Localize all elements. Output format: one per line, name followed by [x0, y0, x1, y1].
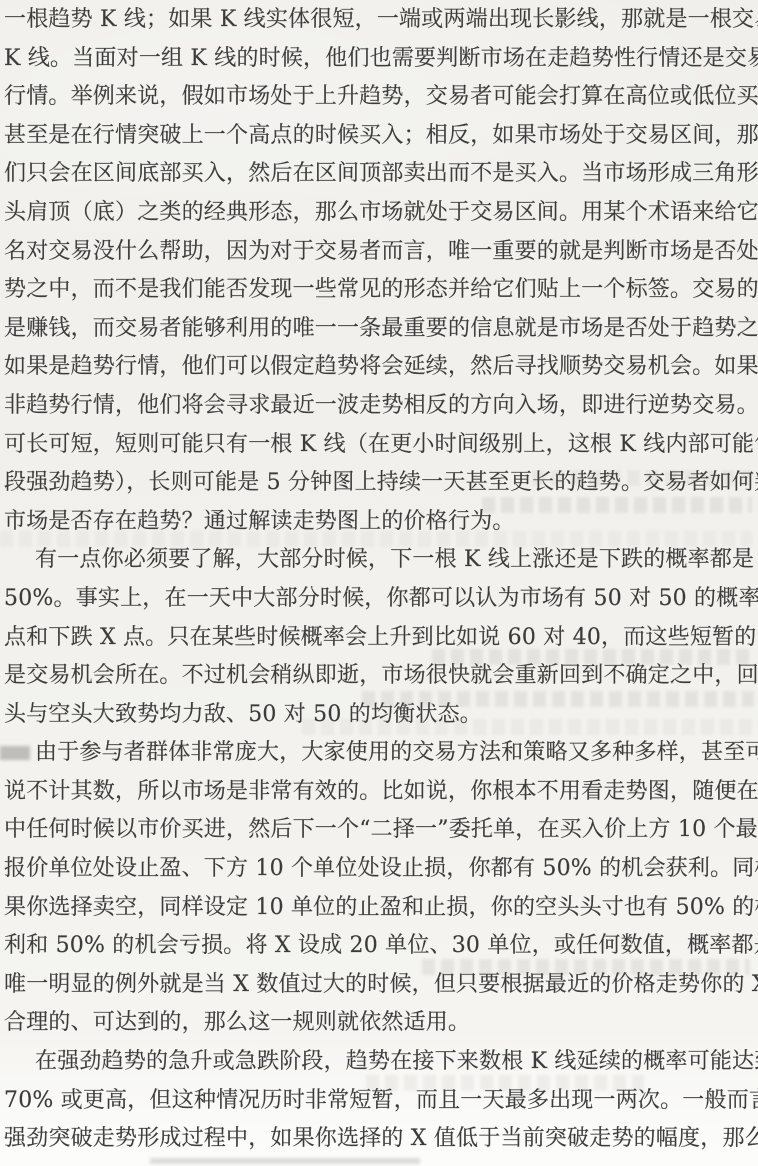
- text-line: 合理的、可达到的，那么这一规则就依然适用。: [4, 1004, 753, 1043]
- text-line: 是赚钱，而交易者能够利用的唯一一条最重要的信息就是市场是否处于趋势之中。: [4, 310, 753, 349]
- text-line: 在强劲趋势的急升或急跌阶段，趋势在接下来数根 K 线延续的概率可能达到: [4, 1043, 753, 1082]
- text-line: 果你选择卖空，同样设定 10 单位的止盈和止损，你的空头头寸也有 50% 的机会…: [4, 889, 753, 928]
- scan-edge-smudge-artifact: [150, 1158, 420, 1164]
- text-line: 强劲突破走势形成过程中，如果你选择的 X 值低于当前突破走势的幅度，那么你就: [4, 1120, 753, 1159]
- text-line: 报价单位处设止盈、下方 10 个单位处设止损，你都有 50% 的机会获利。同样，…: [4, 850, 753, 889]
- text-line: 唯一明显的例外就是当 X 数值过大的时候，但只要根据最近的价格走势你的 X 值是: [4, 966, 753, 1005]
- text-line: 50%。事实上，在一天中大部分时候，你都可以认为市场有 50 对 50 的概率上…: [4, 580, 753, 619]
- text-line: 有一点你必须要了解，大部分时候，下一根 K 线上涨还是下跌的概率都是: [4, 541, 753, 580]
- text-line: 一根趋势 K 线；如果 K 线实体很短，一端或两端出现长影线，那就是一根交易区间: [4, 1, 753, 40]
- text-line: 由于参与者群体非常庞大，大家使用的交易方法和策略又多种多样，甚至可以: [4, 734, 753, 773]
- text-line: 利和 50% 的机会亏损。将 X 设成 20 单位、30 单位，或任何数值，概率…: [4, 927, 753, 966]
- text-line: 头肩顶（底）之类的经典形态，那么市场就处于交易区间。用某个术语来给它们命: [4, 194, 753, 233]
- text-line: 段强劲趋势），长则可能是 5 分钟图上持续一天甚至更长的趋势。交易者如何判断: [4, 464, 753, 503]
- body-text: 一根趋势 K 线；如果 K 线实体很短，一端或两端出现长影线，那就是一根交易区间…: [4, 1, 753, 1159]
- scanned-book-page: 一根趋势 K 线；如果 K 线实体很短，一端或两端出现长影线，那就是一根交易区间…: [0, 0, 758, 1166]
- text-line: 头与空头大致势均力敌、50 对 50 的均衡状态。: [4, 696, 753, 735]
- text-line: 名对交易没什么帮助，因为对于交易者而言，唯一重要的就是判断市场是否处于趋: [4, 233, 753, 272]
- text-line: 点和下跌 X 点。只在某些时候概率会上升到比如说 60 对 40，而这些短暂的时…: [4, 619, 753, 658]
- text-line: 市场是否存在趋势？通过解读走势图上的价格行为。: [4, 503, 753, 542]
- text-line: 是交易机会所在。不过机会稍纵即逝，市场很快就会重新回到不确定之中，回到多: [4, 657, 753, 696]
- text-line: 非趋势行情，他们将会寻求最近一波走势相反的方向入场，即进行逆势交易。趋势: [4, 387, 753, 426]
- text-line: 们只会在区间底部买入，然后在区间顶部卖出而不是买入。当市场形成三角形或者: [4, 155, 753, 194]
- text-line: 中任何时候以市价买进，然后下一个“二择一”委托单，在买入价上方 10 个最小: [4, 811, 753, 850]
- text-line: 如果是趋势行情，他们可以假定趋势将会延续，然后寻找顺势交易机会。如果属于: [4, 348, 753, 387]
- text-line: 说不计其数，所以市场是非常有效的。比如说，你根本不用看走势图，随便在一天: [4, 773, 753, 812]
- text-line: 行情。举例来说，假如市场处于上升趋势，交易者可能会打算在高位或低位买入，: [4, 78, 753, 117]
- text-line: 可长可短，短则可能只有一根 K 线（在更小时间级别上，这根 K 线内部可能包含一: [4, 426, 753, 465]
- text-line: 70% 或更高，但这种情况历时非常短暂，而且一天最多出现一两次。一般而言，在: [4, 1082, 753, 1121]
- text-line: 甚至是在行情突破上一个高点的时候买入；相反，如果市场处于交易区间，那么他: [4, 117, 753, 156]
- text-line: 势之中，而不是我们能否发现一些常见的形态并给它们贴上一个标签。交易的目的: [4, 271, 753, 310]
- text-line: K 线。当面对一组 K 线的时候，他们也需要判断市场在走趋势性行情还是交易区间: [4, 40, 753, 79]
